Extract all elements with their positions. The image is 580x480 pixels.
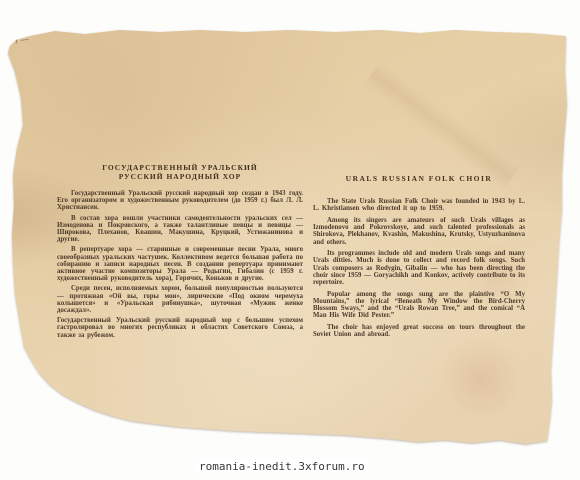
english-text-column: The State Urals Russian Folk Choir was f… <box>313 198 525 343</box>
paper-crease <box>363 61 521 190</box>
russian-paragraph: Государственный Уральский русский народн… <box>57 190 303 212</box>
scan-page: 27— ГОСУДАРСТВЕННЫЙ УРАЛЬСКИЙ РУССКИЙ НА… <box>0 0 580 480</box>
russian-paragraph: В репертуаре хора — старинные и современ… <box>57 246 303 282</box>
watermark-url: romania-inedit.3xforum.ro <box>196 460 368 473</box>
russian-text-column: Государственный Уральский русский народн… <box>57 190 303 342</box>
russian-heading: ГОСУДАРСТВЕННЫЙ УРАЛЬСКИЙ РУССКИЙ НАРОДН… <box>57 163 303 181</box>
torn-paper-wrap: 27— ГОСУДАРСТВЕННЫЙ УРАЛЬСКИЙ РУССКИЙ НА… <box>0 0 580 480</box>
russian-heading-line-2: РУССКИЙ НАРОДНЫЙ ХОР <box>57 172 303 181</box>
torn-paper: 27— ГОСУДАРСТВЕННЫЙ УРАЛЬСКИЙ РУССКИЙ НА… <box>0 0 580 480</box>
english-heading-line: URALS RUSSIAN FOLK CHOIR <box>313 174 525 183</box>
russian-paragraph: Государственный Уральский русский народн… <box>57 317 303 339</box>
russian-paragraph: В состав хора вошли участники самодеятел… <box>57 215 303 244</box>
russian-paragraph: Среди песен, исполняемых хором, большой … <box>57 285 303 314</box>
english-paragraph: Among its singers are amateurs of such U… <box>313 217 525 246</box>
english-paragraph: The State Urals Russian Folk Choir was f… <box>313 198 525 212</box>
english-paragraph: The choir has enjoyed great success on t… <box>313 324 525 338</box>
pencil-annotation: 27— <box>7 35 31 47</box>
english-paragraph: Popular among the songs sung are the pla… <box>313 291 525 320</box>
english-heading: URALS RUSSIAN FOLK CHOIR <box>313 174 525 183</box>
russian-heading-line-1: ГОСУДАРСТВЕННЫЙ УРАЛЬСКИЙ <box>57 163 303 172</box>
english-paragraph: Its programmes include old and modern Ur… <box>313 250 525 286</box>
